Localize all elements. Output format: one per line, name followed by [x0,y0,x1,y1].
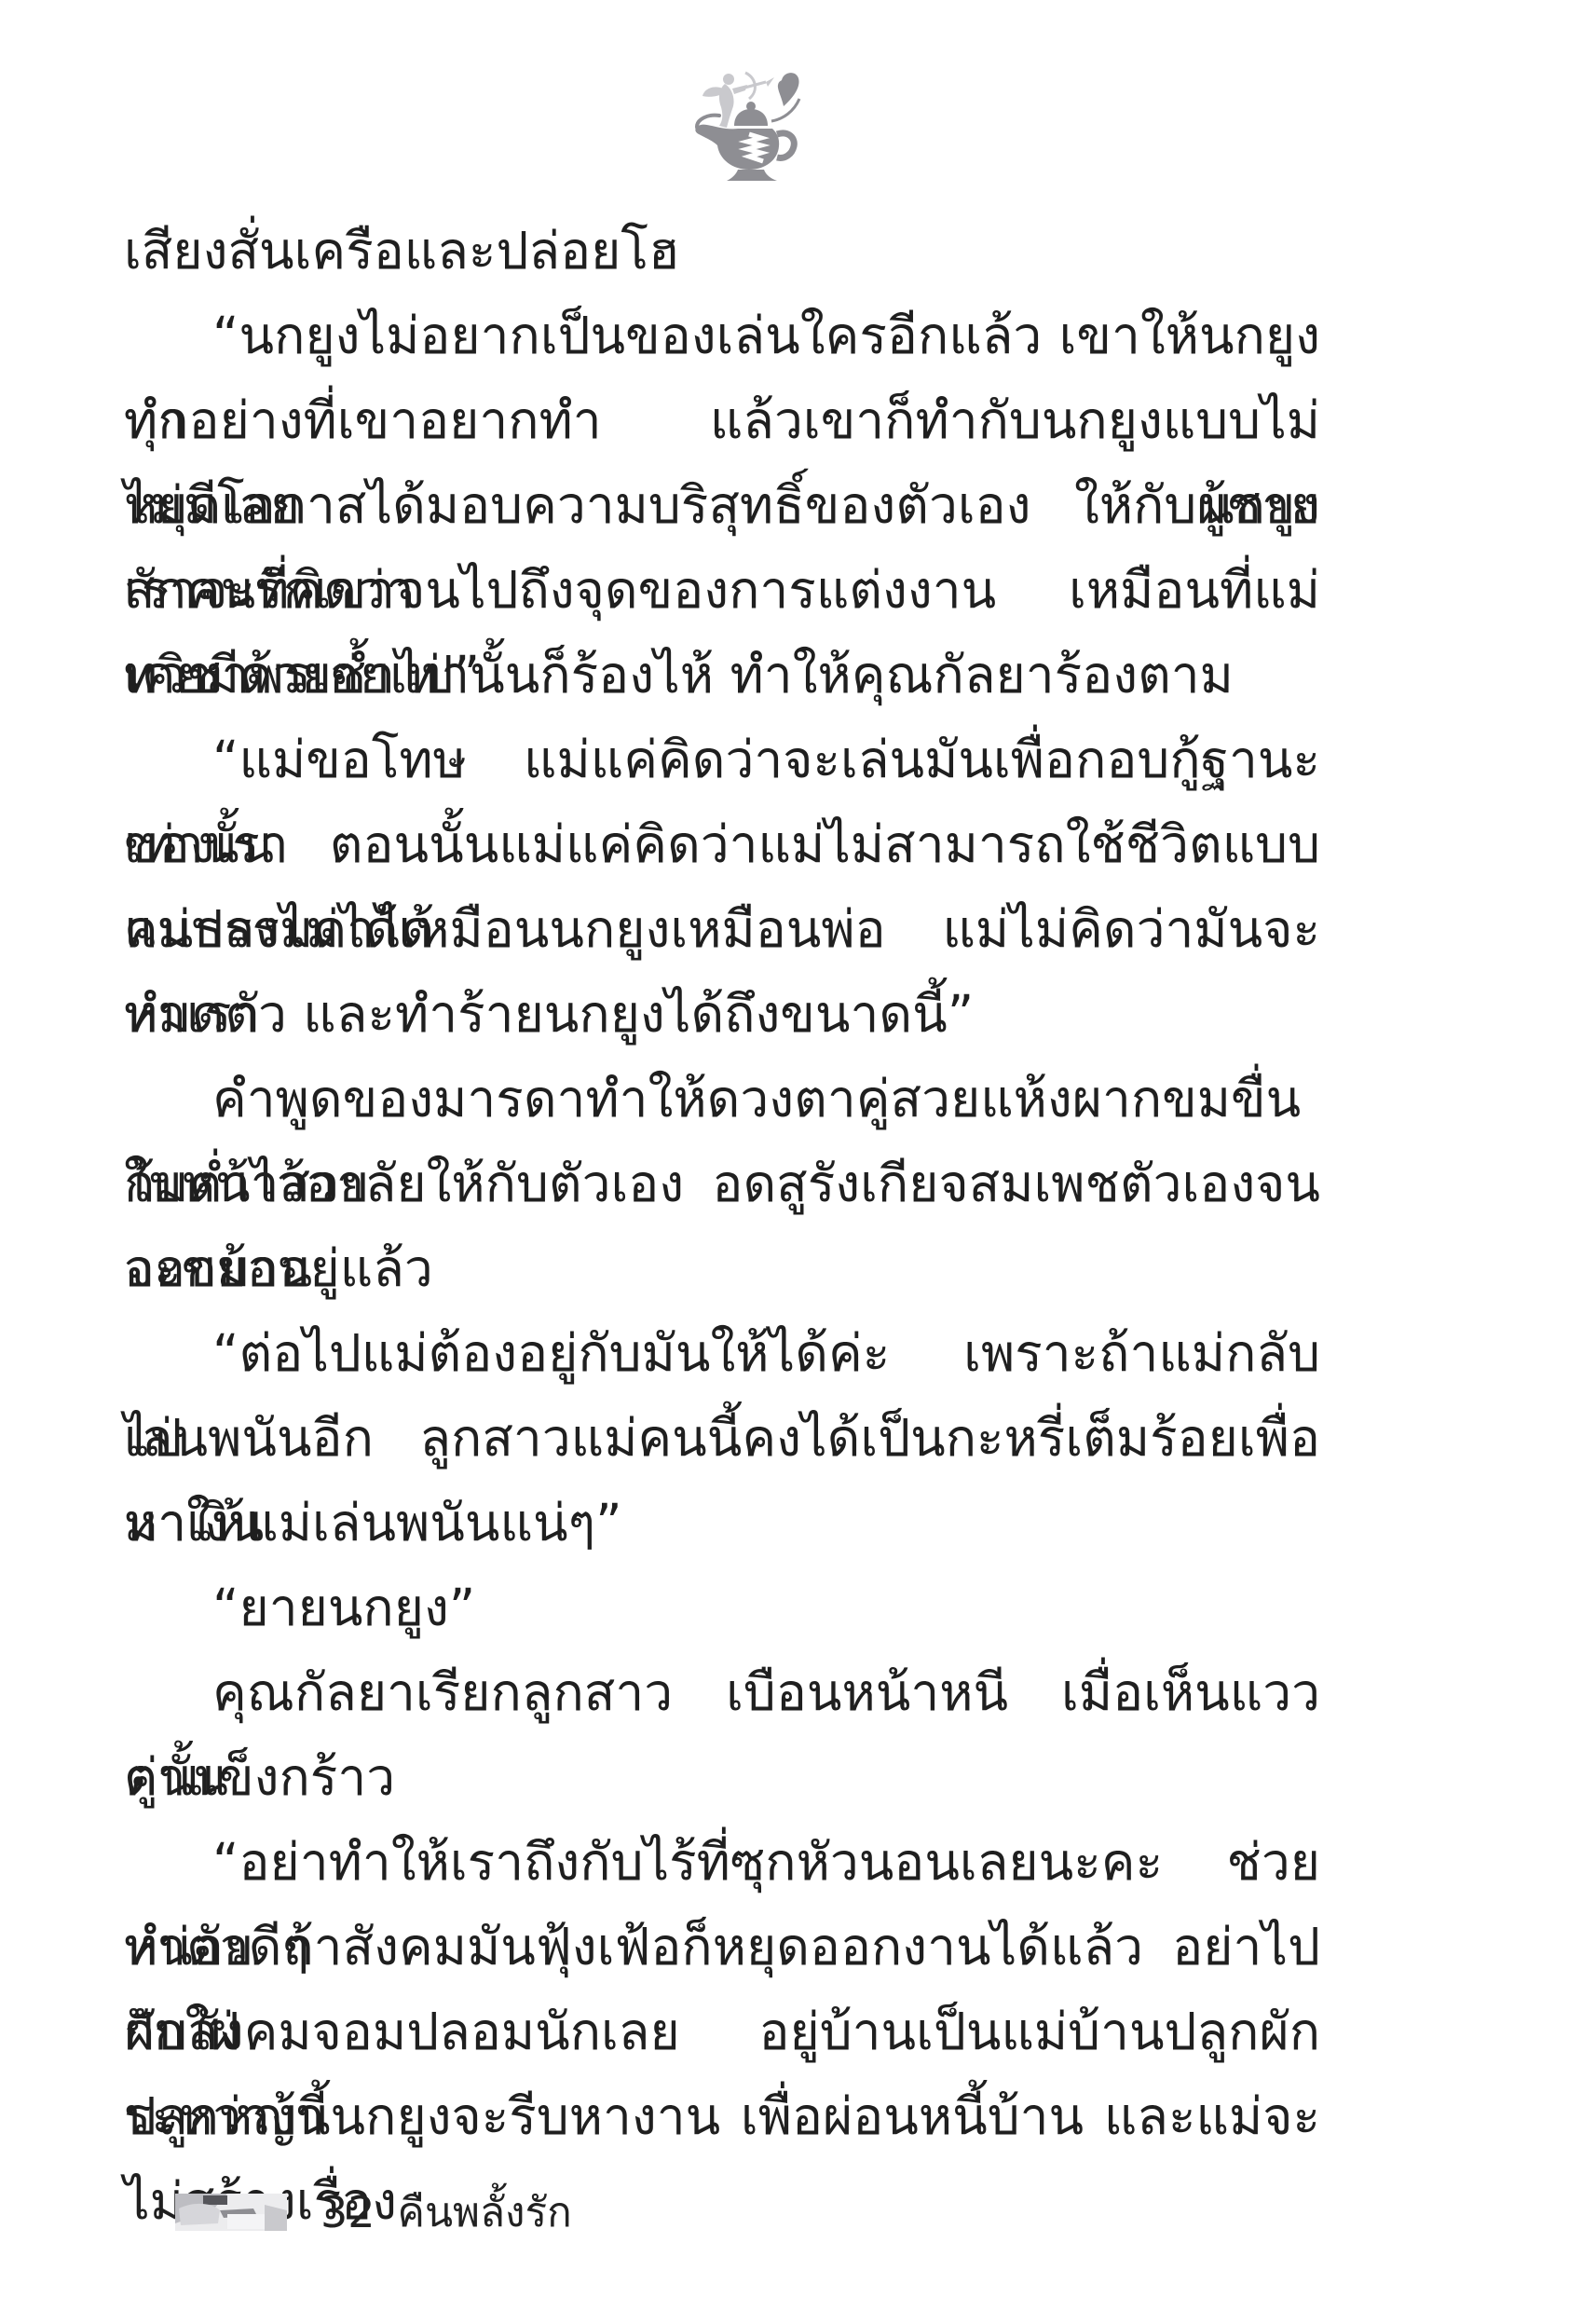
text-line: ทุกอย่างที่เขาอยากทำ แล้วเขาก็ทำกับนกยูง… [124,378,1320,463]
text-line: ทวิชาพรเอ่ยเท่านั้นก็ร้องไห้ ทำให้คุณกัล… [124,633,1320,718]
text-line: “แม่ขอโทษ แม่แค่คิดว่าจะเล่นมันเพื่อกอบก… [124,718,1320,802]
page-number: 32 [321,2187,375,2237]
text-line: “นกยูงไม่อยากเป็นของเล่นใครอีกแล้ว เขาให… [124,294,1320,378]
cupid-genie-lamp-icon [691,67,803,190]
text-line: แม่ปลงไม่ได้เหมือนนกยูงเหมือนพ่อ แม่ไม่ค… [124,887,1320,972]
text-line: “ยายนกยูง” [124,1566,1320,1650]
text-line: “อย่าทำให้เราถึงกับไร้ที่ซุกหัวนอนเลยนะค… [124,1820,1320,1905]
text-line: เท่านั้น ตอนนั้นแม่แค่คิดว่าแม่ไม่สามารถ… [124,802,1320,887]
text-line: “ต่อไปแม่ต้องอยู่กับมันให้ได้ค่ะ เพราะถ้… [124,1311,1320,1396]
text-line: มาให้แม่เล่นพนันแน่ๆ” [124,1481,1320,1566]
text-line: ระหว่างนี้นกยูงจะรีบหางาน เพื่อผ่อนหนี้บ… [124,2074,1320,2159]
text-line: เล่นพนันอีก ลูกสาวแม่คนนี้คงได้เป็นกะหรี… [124,1396,1320,1481]
text-line: กับสังคมจอมปลอมนักเลย อยู่บ้านเป็นแม่บ้า… [124,1990,1320,2074]
text-line: หมดตัว และทำร้ายนกยูงได้ถึงขนาดนี้” [124,972,1320,1057]
text-line: คำพูดของมารดาทำให้ดวงตาคู่สวยแห้งผากขมขื… [124,1057,1320,1142]
book-page: เสียงสั่นเครือและปล่อยโฮ “นกยูงไม่อยากเป… [0,0,1596,2311]
footer-thumbnail-image [175,2191,287,2234]
text-line: ก้มต่ำไว้อาลัยให้กับตัวเอง อดสูรังเกียจส… [124,1142,1320,1226]
book-title: คืนพลั้งรัก [398,2180,572,2245]
text-line: ไม่มีโอกาสได้มอบความบริสุทธิ์ของตัวเอง ใ… [124,463,1320,548]
text-line: คุณกัลยาเรียกลูกสาว เบือนหน้าหนี เมื่อเห… [124,1650,1320,1735]
text-line: หน่อย ถ้าสังคมมันฟุ้งเฟ้อก็หยุดออกงานได้… [124,1905,1320,1990]
text-line: เราจะรักเขาจนไปถึงจุดของการแต่งงาน เหมือ… [124,548,1320,633]
body-text: เสียงสั่นเครือและปล่อยโฮ “นกยูงไม่อยากเป… [124,209,1320,2159]
text-line: เสียงสั่นเครือและปล่อยโฮ [124,209,1320,294]
page-footer: 32 คืนพลั้งรัก [175,2186,572,2238]
text-line: ออกมาอยู่แล้ว [124,1226,1320,1311]
